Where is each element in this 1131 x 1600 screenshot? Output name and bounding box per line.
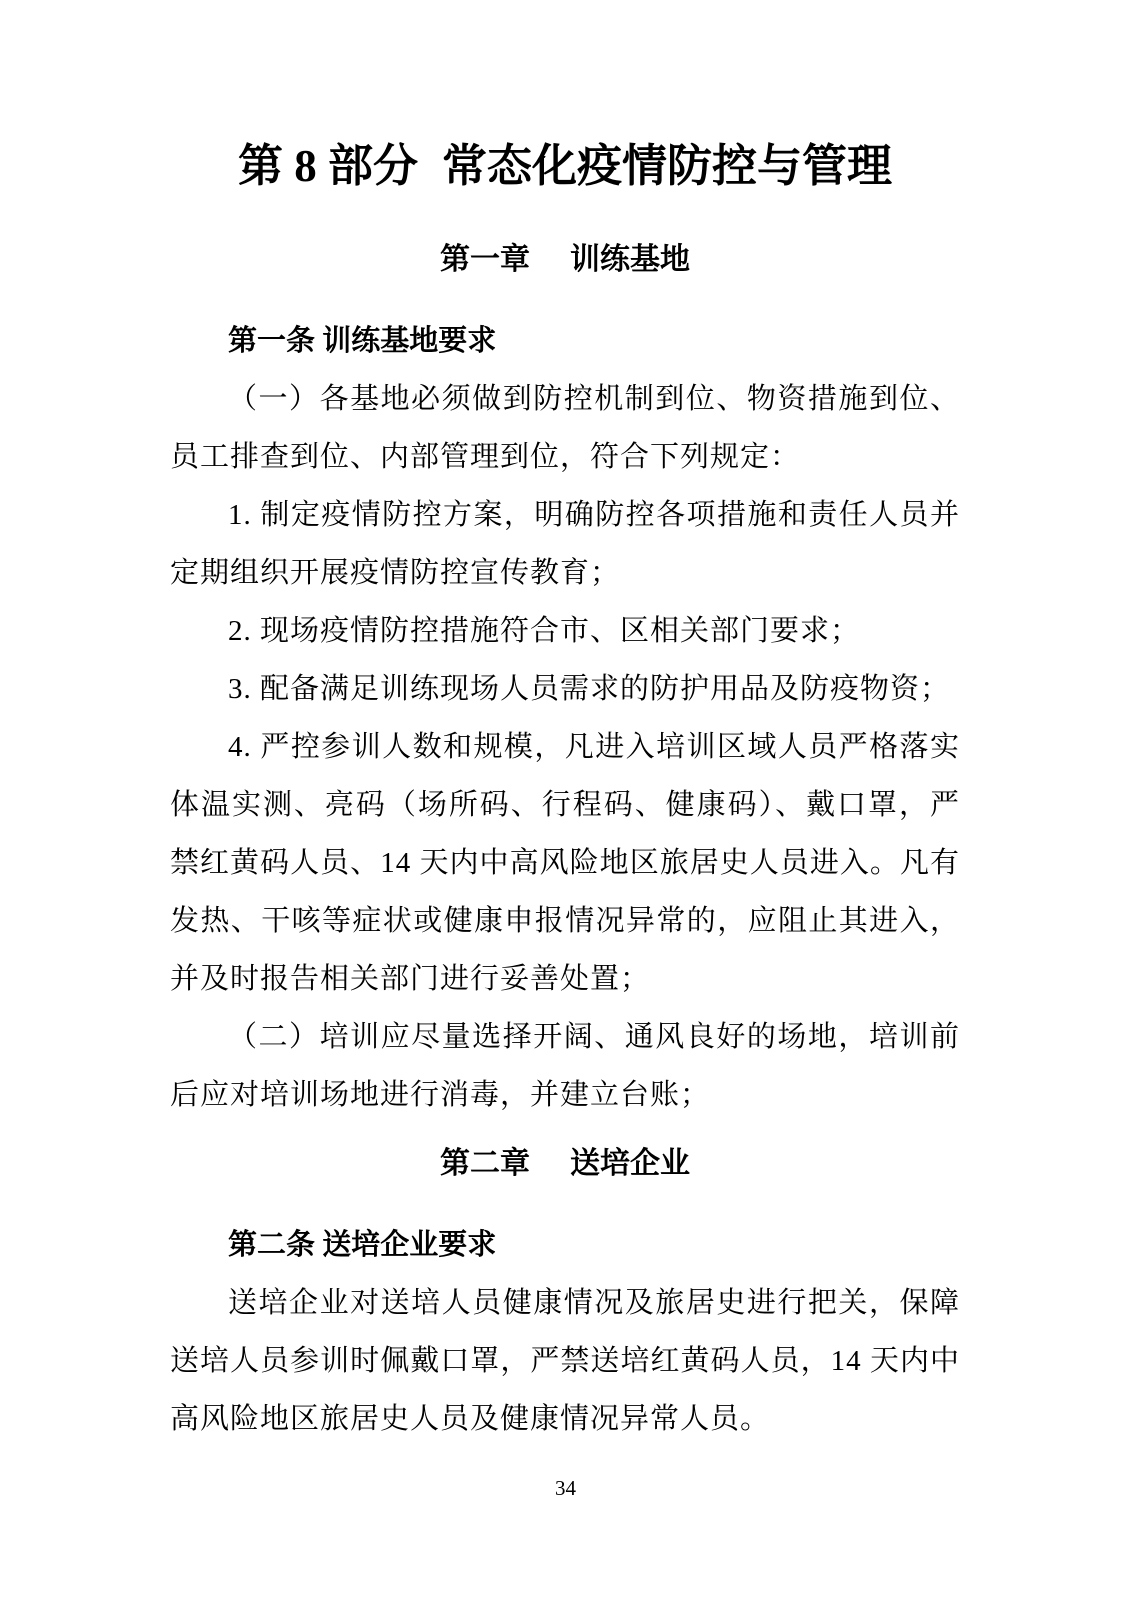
article-2-heading: 第二条 送培企业要求 [170,1216,960,1274]
document-content: 第 8 部分常态化疫情防控与管理 第一章训练基地 第一条 训练基地要求 （一）各… [0,140,1131,1448]
paragraph-item-2: （二）培训应尽量选择开阔、通风良好的场地，培训前后应对培训场地进行消毒，并建立台… [170,1008,960,1124]
chapter-1-title: 训练基地 [570,243,690,276]
article-1-heading: 第一条 训练基地要求 [170,312,960,370]
chapter-2-heading: 第二章送培企业 [170,1146,960,1182]
document-title-part-label: 第 8 部分 [238,141,418,191]
page-number: 34 [0,1474,1131,1502]
chapter-2-title: 送培企业 [570,1147,690,1180]
paragraph-rule-4: 4. 严控参训人数和规模，凡进入培训区域人员严格落实体温实测、亮码（场所码、行程… [170,718,960,1008]
paragraph-rule-3: 3. 配备满足训练现场人员需求的防护用品及防疫物资； [170,660,960,718]
document-title-text: 常态化疫情防控与管理 [442,141,892,191]
document-page: 第 8 部分常态化疫情防控与管理 第一章训练基地 第一条 训练基地要求 （一）各… [0,0,1131,1600]
chapter-1-number: 第一章 [440,243,530,276]
chapter-1-heading: 第一章训练基地 [170,242,960,278]
document-title: 第 8 部分常态化疫情防控与管理 [170,140,960,192]
chapter-2-number: 第二章 [440,1147,530,1180]
paragraph-rule-1: 1. 制定疫情防控方案，明确防控各项措施和责任人员并定期组织开展疫情防控宣传教育… [170,486,960,602]
paragraph-chapter2-body: 送培企业对送培人员健康情况及旅居史进行把关，保障送培人员参训时佩戴口罩，严禁送培… [170,1274,960,1448]
paragraph-item-1: （一）各基地必须做到防控机制到位、物资措施到位、员工排查到位、内部管理到位，符合… [170,370,960,486]
paragraph-rule-2: 2. 现场疫情防控措施符合市、区相关部门要求； [170,602,960,660]
